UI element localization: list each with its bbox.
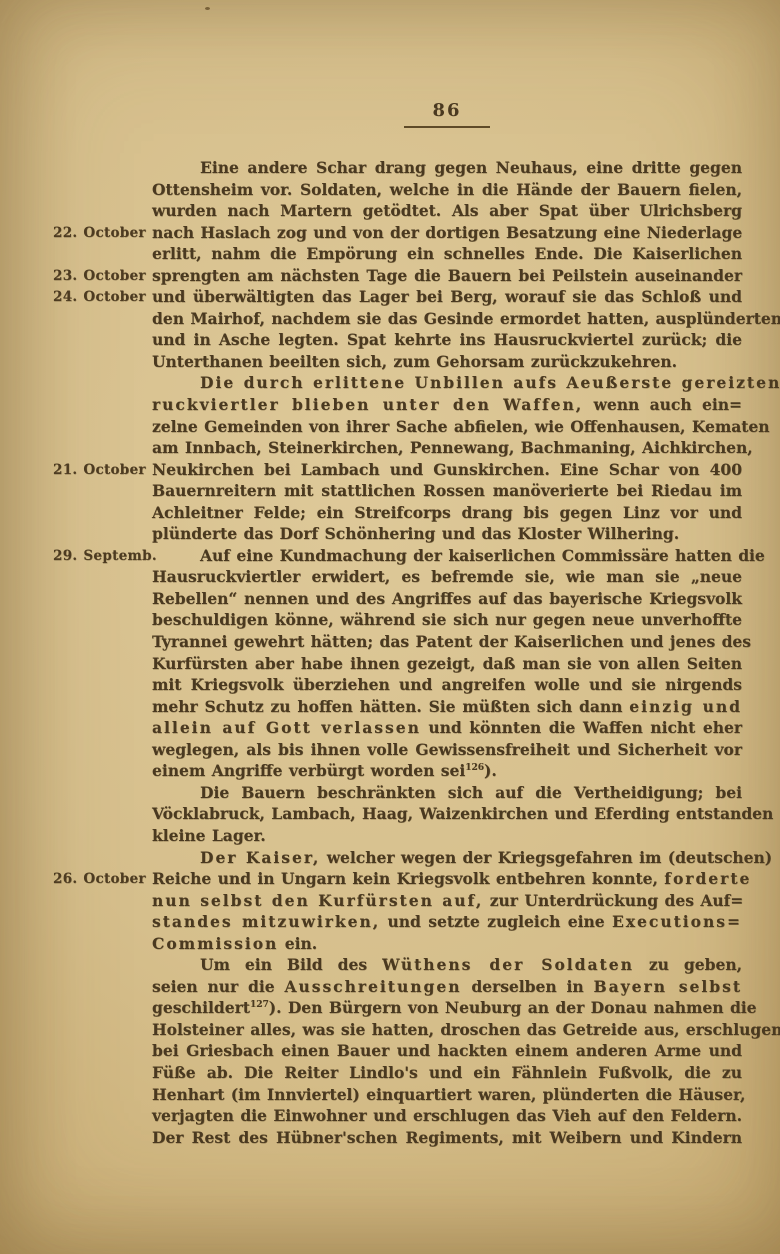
text-segment: und in Asche legten. Spat kehrte ins Hau…: [152, 330, 742, 349]
text-segment: kleine Lager.: [152, 826, 266, 845]
text-line: kleine Lager.: [152, 825, 742, 847]
text-segment: zur Unterdrückung des Auf=: [483, 891, 743, 910]
text-segment: Kurfürsten aber habe ihnen gezeigt, daß …: [152, 654, 742, 673]
text-line: Unterthanen beeilten sich, zum Gehorsam …: [152, 351, 742, 373]
text-line: zelne Gemeinden von ihrer Sache abfielen…: [152, 416, 742, 438]
text-segment: Wüthens der Soldaten: [382, 955, 634, 974]
text-line: Bauernreitern mit stattlichen Rossen man…: [152, 480, 742, 502]
text-segment: nun selbst den Kurfürsten auf,: [152, 891, 483, 910]
text-line: Füße ab. Die Reiter Lindlo's und ein Fäh…: [152, 1062, 742, 1084]
text-line: am Innbach, Steinerkirchen, Pennewang, B…: [152, 437, 742, 459]
text-segment: ).: [484, 761, 497, 780]
text-line: einem Angriffe verbürgt worden sei126).: [152, 760, 742, 782]
text-segment: Unterthanen beeilten sich, zum Gehorsam …: [152, 352, 677, 371]
text-line: weglegen, als bis ihnen volle Gewissensf…: [152, 739, 742, 761]
text-segment: Henhart (im Innviertel) einquartiert war…: [152, 1085, 745, 1104]
text-segment: einzig und: [629, 697, 742, 716]
text-line: Eine andere Schar drang gegen Neuhaus, e…: [152, 157, 742, 179]
text-segment: geschildert: [152, 998, 250, 1017]
text-segment: plünderte das Dorf Schönhering und das K…: [152, 524, 679, 543]
text-segment: verjagten die Einwohner und erschlugen d…: [152, 1106, 742, 1125]
text-line: Um ein Bild des Wüthens der Soldaten zu …: [152, 954, 742, 976]
text-segment: Füße ab. Die Reiter Lindlo's und ein Fäh…: [152, 1063, 742, 1082]
text-segment: allein auf Gott verlassen: [152, 718, 421, 737]
text-line: den Mairhof, nachdem sie das Gesinde erm…: [152, 308, 742, 330]
text-segment: ). Den Bürgern von Neuburg an der Donau …: [269, 998, 757, 1017]
text-segment: Ottensheim vor. Soldaten, welche in die …: [152, 180, 742, 199]
text-segment: welcher wegen der Kriegsgefahren im (deu…: [320, 848, 772, 867]
text-segment: Der Rest des Hübner'schen Regiments, mit…: [152, 1128, 742, 1147]
text-segment: Achleitner Felde; ein Streifcorps drang …: [152, 503, 742, 522]
text-segment: derselben in: [461, 977, 593, 996]
book-page: 86 Eine andere Schar drang gegen Neuhaus…: [0, 0, 780, 1254]
text-segment: Reiche und in Ungarn kein Kriegsvolk ent…: [152, 869, 664, 888]
footnote-marker: 127: [250, 1000, 269, 1010]
text-segment: sprengten am nächsten Tage die Bauern be…: [152, 266, 742, 285]
text-segment: Tyrannei gewehrt hätten; das Patent der …: [152, 632, 751, 651]
text-segment: beschuldigen könne, während sie sich nur…: [152, 610, 742, 629]
text-line: Hausruckviertler erwidert, es befremde s…: [152, 566, 742, 588]
text-segment: Ausschreitungen: [284, 977, 461, 996]
text-segment: seien nur die: [152, 977, 284, 996]
text-line: ruckviertler blieben unter den Waffen, w…: [152, 394, 742, 416]
text-line: Achleitner Felde; ein Streifcorps drang …: [152, 502, 742, 524]
text-segment: mit Kriegsvolk überziehen und angreifen …: [152, 675, 742, 694]
text-segment: Um ein Bild des: [200, 955, 382, 974]
text-segment: Die durch erlittene Unbillen aufs Aeußer…: [200, 373, 780, 392]
text-segment: nach Haslach zog und von der dortigen Be…: [152, 223, 742, 242]
margin-date: 26. October: [53, 869, 148, 891]
text-segment: wurden nach Martern getödtet. Als aber S…: [152, 201, 742, 220]
text-line: Ottensheim vor. Soldaten, welche in die …: [152, 179, 742, 201]
text-line: 21. OctoberNeukirchen bei Lambach und Gu…: [152, 459, 742, 481]
text-line: standes mitzuwirken, und setzte zugleich…: [152, 911, 742, 933]
text-segment: und setzte zugleich eine: [380, 912, 612, 931]
text-segment: zelne Gemeinden von ihrer Sache abfielen…: [152, 417, 770, 436]
margin-date: 29. Septemb.: [53, 546, 148, 568]
text-line: Der Kaiser, welcher wegen der Kriegsgefa…: [152, 847, 742, 869]
text-line: Rebellen“ nennen und des Angriffes auf d…: [152, 588, 742, 610]
text-line: erlitt, nahm die Empörung ein schnelles …: [152, 243, 742, 265]
text-segment: Hausruckviertler erwidert, es befremde s…: [152, 567, 742, 586]
text-line: mehr Schutz zu hoffen hätten. Sie müßten…: [152, 696, 742, 718]
ink-speck: [205, 7, 210, 10]
text-line: 22. Octobernach Haslach zog und von der …: [152, 222, 742, 244]
text-line: Commission ein.: [152, 933, 742, 955]
text-line: verjagten die Einwohner und erschlugen d…: [152, 1105, 742, 1127]
page-number: 86: [404, 100, 489, 128]
text-segment: ein.: [278, 934, 317, 953]
margin-date: 21. October: [53, 460, 148, 482]
text-segment: weglegen, als bis ihnen volle Gewissensf…: [152, 740, 742, 759]
text-segment: Auf eine Kundmachung der kaiserlichen Co…: [200, 546, 765, 565]
text-segment: und überwältigten das Lager bei Berg, wo…: [152, 287, 742, 306]
margin-date: 22. October: [53, 223, 148, 245]
text-line: 29. Septemb.Auf eine Kundmachung der kai…: [152, 545, 742, 567]
text-line: Kurfürsten aber habe ihnen gezeigt, daß …: [152, 653, 742, 675]
text-line: und in Asche legten. Spat kehrte ins Hau…: [152, 329, 742, 351]
text-line: seien nur die Ausschreitungen derselben …: [152, 976, 742, 998]
text-line: allein auf Gott verlassen und könnten di…: [152, 717, 742, 739]
text-line: Henhart (im Innviertel) einquartiert war…: [152, 1084, 742, 1106]
text-segment: Bauernreitern mit stattlichen Rossen man…: [152, 481, 742, 500]
text-segment: mehr Schutz zu hoffen hätten. Sie müßten…: [152, 697, 629, 716]
text-segment: forderte: [664, 869, 751, 888]
text-segment: standes mitzuwirken,: [152, 912, 380, 931]
text-line: Die Bauern beschränkten sich auf die Ver…: [152, 782, 742, 804]
text-line: geschildert127). Den Bürgern von Neuburg…: [152, 997, 742, 1019]
text-segment: Bayern selbst: [594, 977, 743, 996]
text-line: plünderte das Dorf Schönhering und das K…: [152, 523, 742, 545]
text-segment: den Mairhof, nachdem sie das Gesinde erm…: [152, 309, 780, 328]
text-line: wurden nach Martern getödtet. Als aber S…: [152, 200, 742, 222]
margin-date: 24. October: [53, 287, 148, 309]
text-segment: einem Angriffe verbürgt worden sei: [152, 761, 465, 780]
text-segment: zu geben,: [634, 955, 742, 974]
text-segment: bei Griesbach einen Bauer und hackten ei…: [152, 1041, 742, 1060]
text-segment: Eine andere Schar drang gegen Neuhaus, e…: [200, 158, 742, 177]
text-segment: Holsteiner alles, was sie hatten, drosch…: [152, 1020, 780, 1039]
text-segment: Die Bauern beschränkten sich auf die Ver…: [200, 783, 742, 802]
text-line: Die durch erlittene Unbillen aufs Aeußer…: [152, 372, 742, 394]
text-segment: wenn auch ein=: [583, 395, 742, 414]
text-line: Holsteiner alles, was sie hatten, drosch…: [152, 1019, 742, 1041]
text-line: 26. OctoberReiche und in Ungarn kein Kri…: [152, 868, 742, 890]
text-segment: Der Kaiser,: [200, 848, 320, 867]
footnote-marker: 126: [465, 763, 484, 773]
text-segment: erlitt, nahm die Empörung ein schnelles …: [152, 244, 742, 263]
text-segment: ruckviertler blieben unter den Waffen,: [152, 395, 583, 414]
text-line: 23. Octobersprengten am nächsten Tage di…: [152, 265, 742, 287]
text-segment: Rebellen“ nennen und des Angriffes auf d…: [152, 589, 742, 608]
text-segment: und könnten die Waffen nicht eher: [421, 718, 742, 737]
text-line: 24. Octoberund überwältigten das Lager b…: [152, 286, 742, 308]
page-header: 86: [152, 100, 742, 128]
text-line: beschuldigen könne, während sie sich nur…: [152, 609, 742, 631]
body-text: Eine andere Schar drang gegen Neuhaus, e…: [152, 157, 742, 1148]
text-segment: Neukirchen bei Lambach und Gunskirchen. …: [152, 460, 742, 479]
text-segment: Executions=: [612, 912, 742, 931]
text-line: mit Kriegsvolk überziehen und angreifen …: [152, 674, 742, 696]
text-segment: am Innbach, Steinerkirchen, Pennewang, B…: [152, 438, 753, 457]
text-line: nun selbst den Kurfürsten auf, zur Unter…: [152, 890, 742, 912]
text-line: Der Rest des Hübner'schen Regiments, mit…: [152, 1127, 742, 1149]
text-segment: Vöcklabruck, Lambach, Haag, Waizenkirche…: [152, 804, 773, 823]
text-line: Vöcklabruck, Lambach, Haag, Waizenkirche…: [152, 803, 742, 825]
text-line: bei Griesbach einen Bauer und hackten ei…: [152, 1040, 742, 1062]
margin-date: 23. October: [53, 266, 148, 288]
text-segment: Commission: [152, 934, 278, 953]
text-line: Tyrannei gewehrt hätten; das Patent der …: [152, 631, 742, 653]
